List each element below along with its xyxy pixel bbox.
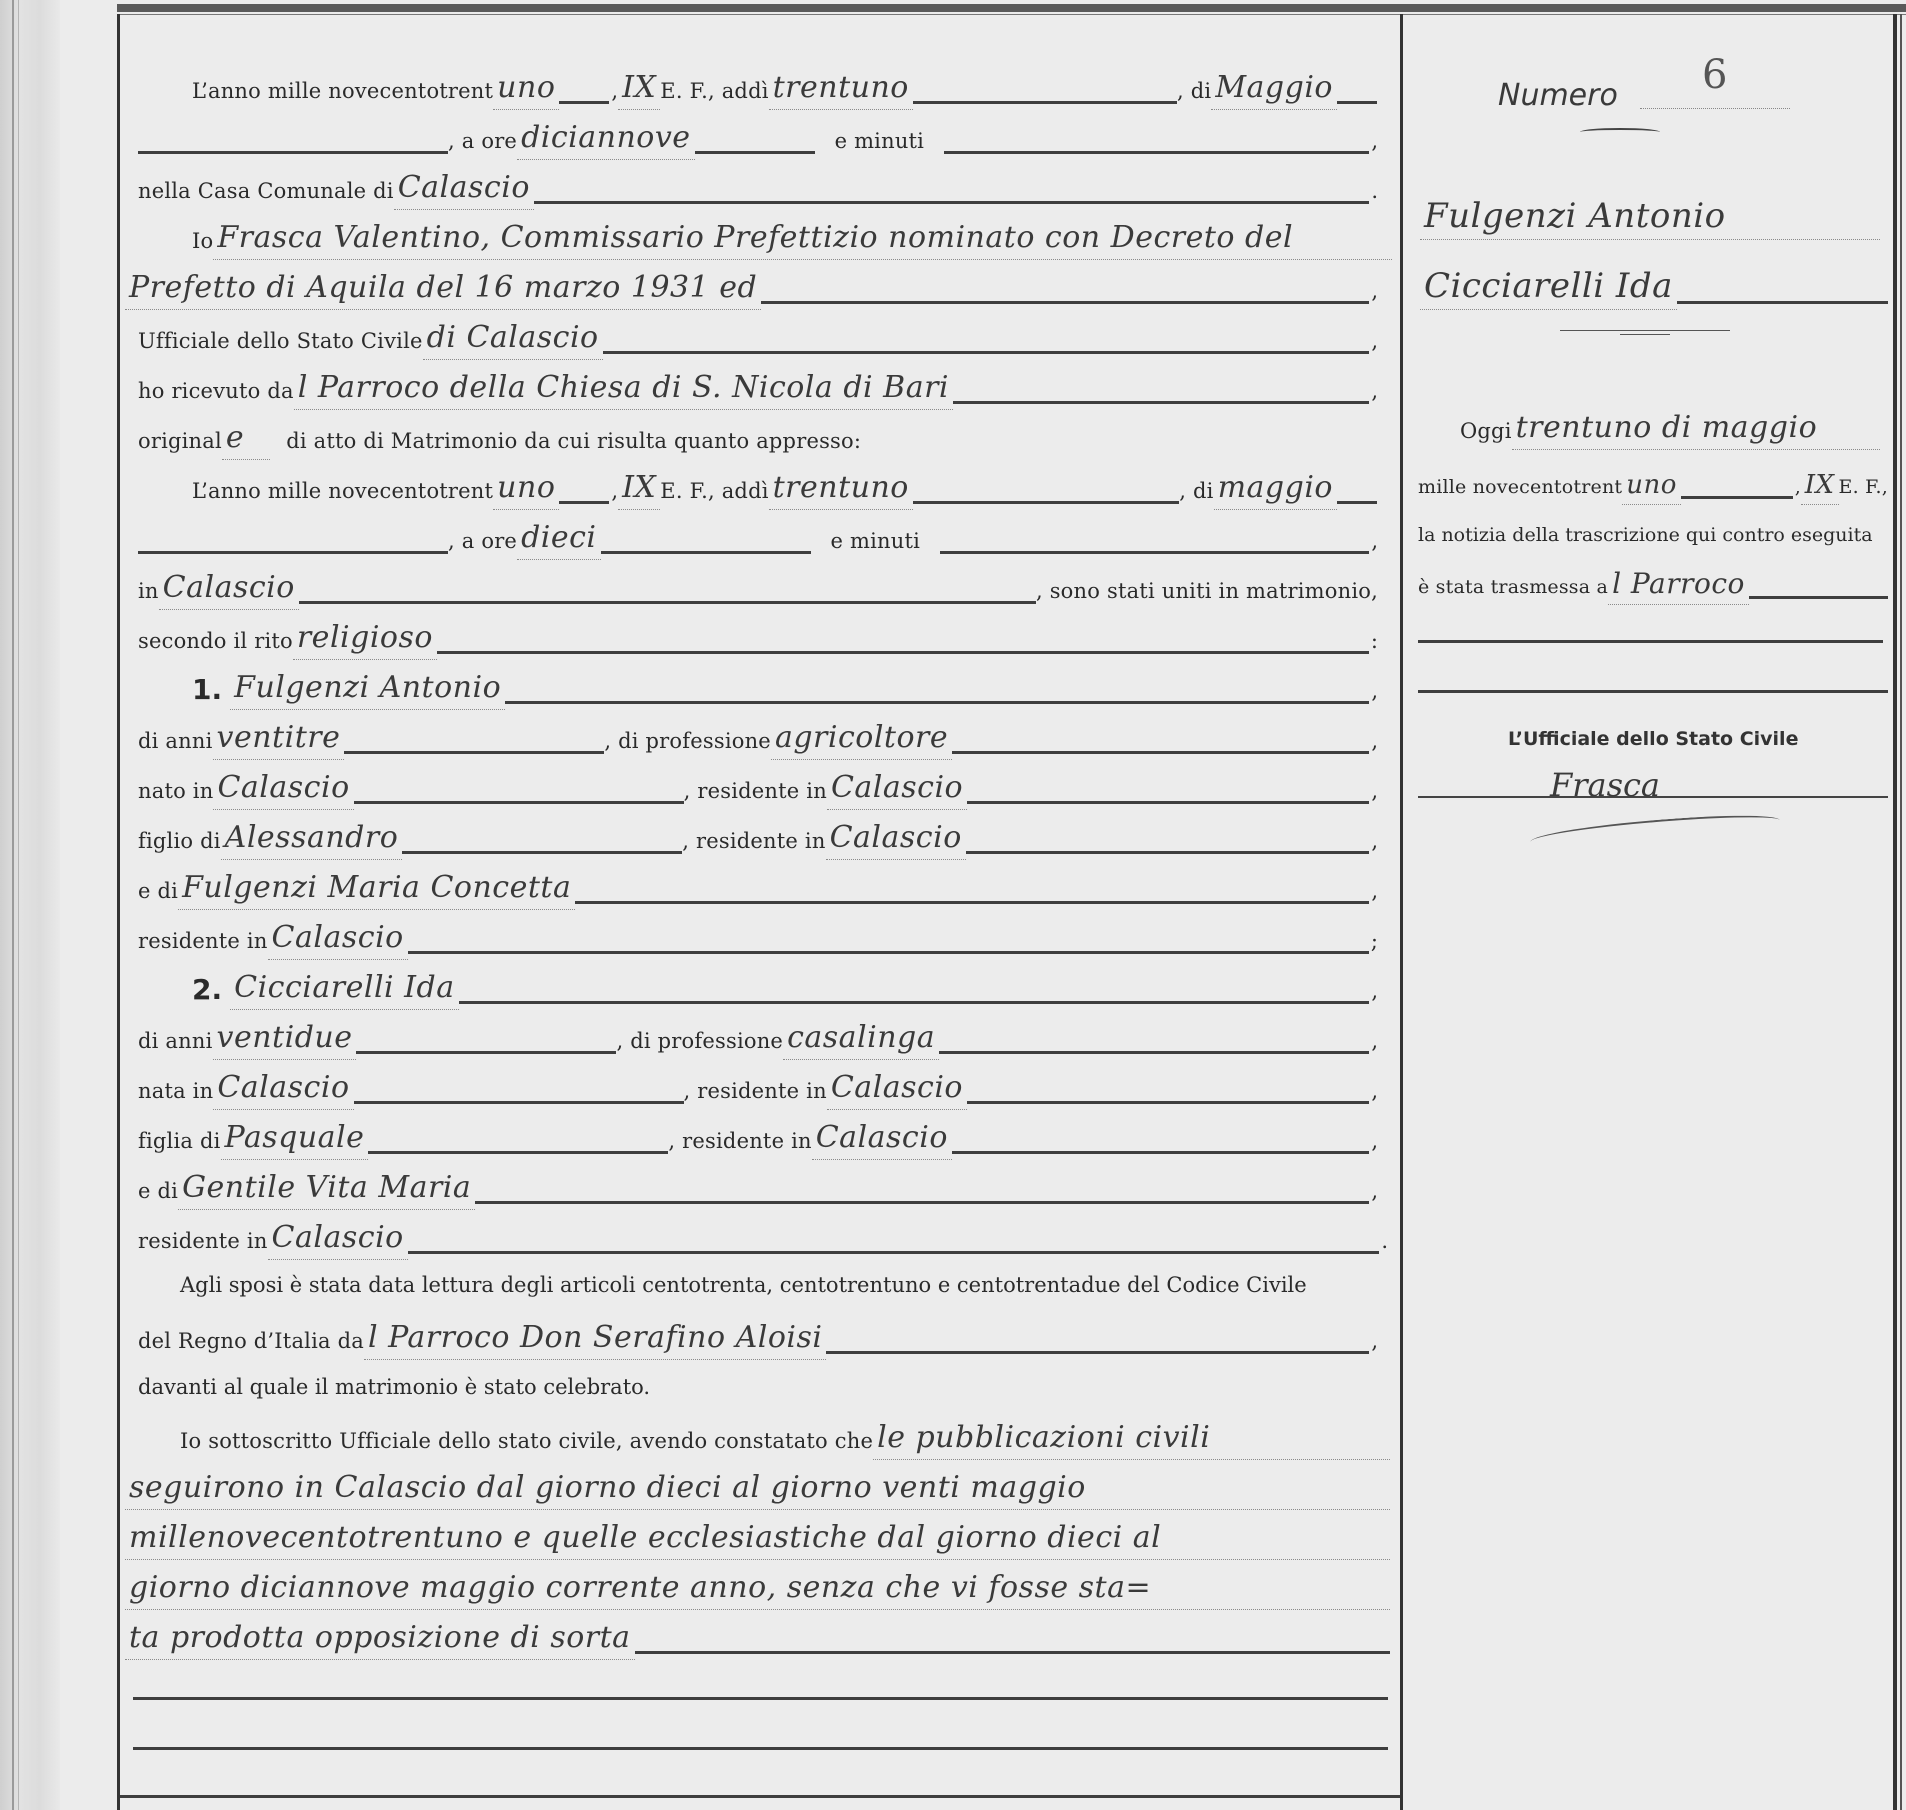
line-ufficiale: Ufficiale dello Stato Civile di Calascio…	[138, 310, 1378, 360]
spouse2-birth-line: nata in Calascio , residente in Calascio…	[138, 1060, 1378, 1110]
declaration-line-4: giorno diciannove maggio corrente anno, …	[125, 1560, 1390, 1610]
left-border	[117, 14, 120, 1810]
side-oggi-line: Oggi trentuno di maggio	[1460, 400, 1880, 450]
side-blank-rule	[1418, 640, 1883, 643]
top-border-thin	[117, 14, 1906, 15]
spouse2-mother-line: e di Gentile Vita Maria ,	[138, 1160, 1378, 1210]
numero-label: Numero	[1498, 78, 1618, 113]
line-originale: original e di atto di Matrimonio da cui …	[138, 410, 1378, 460]
spouse1-mother-line: e di Fulgenzi Maria Concetta ,	[138, 860, 1378, 910]
spouse1-name: Fulgenzi Antonio	[230, 673, 505, 710]
numero-dotted-line	[1640, 108, 1790, 109]
spouse2-father-line: figlia di Pasquale , residente in Calasc…	[138, 1110, 1378, 1160]
line-time-2: , a ore dieci e minuti ,	[138, 510, 1378, 560]
column-divider	[1400, 14, 1403, 1810]
line-rito: secondo il rito religioso :	[138, 610, 1378, 660]
rite: religioso	[293, 623, 437, 660]
officer-name: Frasca Valentino, Commissario Prefettizi…	[213, 223, 1392, 260]
blank-rule	[120, 1795, 1400, 1798]
spouse1-birth-line: nato in Calascio , residente in Calascio…	[138, 760, 1378, 810]
side-blank-rule	[1418, 690, 1888, 693]
line-casa-comunale: nella Casa Comunale di Calascio .	[138, 160, 1378, 210]
spouse2-mother-res-line: residente in Calascio .	[138, 1210, 1388, 1260]
spouse1-age-line: di anni ventitre , di professione agrico…	[138, 710, 1378, 760]
line-officer-1: Io Frasca Valentino, Commissario Prefett…	[192, 210, 1392, 260]
spouse2-age-line: di anni ventidue , di professione casali…	[138, 1010, 1378, 1060]
ornament-double-rule	[1560, 330, 1730, 335]
right-border	[1893, 14, 1897, 1810]
declaration-line-1: Io sottoscritto Ufficiale dello stato ci…	[180, 1410, 1390, 1460]
top-border	[117, 4, 1906, 12]
declaration-line-3: millenovecentotrentuno e quelle ecclesia…	[125, 1510, 1390, 1560]
line-ricevuto: ho ricevuto da l Parroco della Chiesa di…	[138, 360, 1378, 410]
line-date-1: L’anno mille novecentotrent uno , IX E. …	[192, 60, 1377, 110]
spouse2-name: Cicciarelli Ida	[230, 973, 459, 1010]
declaration-line-5: ta prodotta opposizione di sorta	[125, 1610, 1390, 1660]
spouse1-father-line: figlio di Alessandro , residente in Cala…	[138, 810, 1378, 860]
spouse1-mother-res-line: residente in Calascio ;	[138, 910, 1378, 960]
side-sent-line: è stata trasmessa a l Parroco	[1418, 555, 1888, 605]
reading-line-2: del Regno d’Italia da l Parroco Don Sera…	[138, 1310, 1378, 1360]
day: trentuno	[769, 73, 913, 110]
line-date-2: L’anno mille novecentotrent uno , IX E. …	[192, 460, 1377, 510]
binding-edge	[12, 0, 14, 1810]
reading-line-3: davanti al quale il matrimonio è stato c…	[138, 1375, 650, 1399]
line-officer-2: Prefetto di Aquila del 16 marzo 1931 ed …	[125, 260, 1378, 310]
line-time-1: , a ore diciannove e minuti ,	[138, 110, 1378, 160]
received-from: l Parroco della Chiesa di S. Nicola di B…	[294, 373, 953, 410]
right-border-outer	[1900, 14, 1902, 1810]
declaration-line-2: seguirono in Calascio dal giorno dieci a…	[125, 1460, 1390, 1510]
blank-rule	[133, 1747, 1388, 1750]
side-notice: la notizia della trascrizione qui contro…	[1418, 524, 1873, 546]
hour: diciannove	[517, 123, 695, 160]
side-year-line: mille novecentotrent uno , IX E. F.,	[1418, 455, 1888, 505]
side-name-1: Fulgenzi Antonio	[1420, 190, 1880, 240]
officer-signature: Frasca	[1550, 766, 1660, 804]
binding-edge	[18, 0, 19, 1810]
comune: Calascio	[394, 173, 534, 210]
spouse1-name-line: 1. Fulgenzi Antonio ,	[192, 660, 1378, 710]
era: IX	[618, 73, 660, 110]
spouse2-name-line: 2. Cicciarelli Ida ,	[192, 960, 1378, 1010]
officiant: l Parroco Don Serafino Aloisi	[364, 1323, 827, 1360]
month: Maggio	[1211, 73, 1337, 110]
line-place-marriage: in Calascio , sono stati uniti in matrim…	[138, 560, 1378, 610]
side-name-2: Cicciarelli Ida	[1420, 260, 1888, 310]
numero-value: 6	[1702, 52, 1727, 98]
blank-rule	[133, 1697, 1388, 1700]
reading-line-1: Agli sposi è stata data lettura degli ar…	[180, 1273, 1307, 1297]
book-binding	[0, 0, 60, 1810]
year-suffix: uno	[493, 73, 559, 110]
officer-title: L’Ufficiale dello Stato Civile	[1508, 728, 1798, 750]
ornament-tilde	[1580, 128, 1660, 136]
